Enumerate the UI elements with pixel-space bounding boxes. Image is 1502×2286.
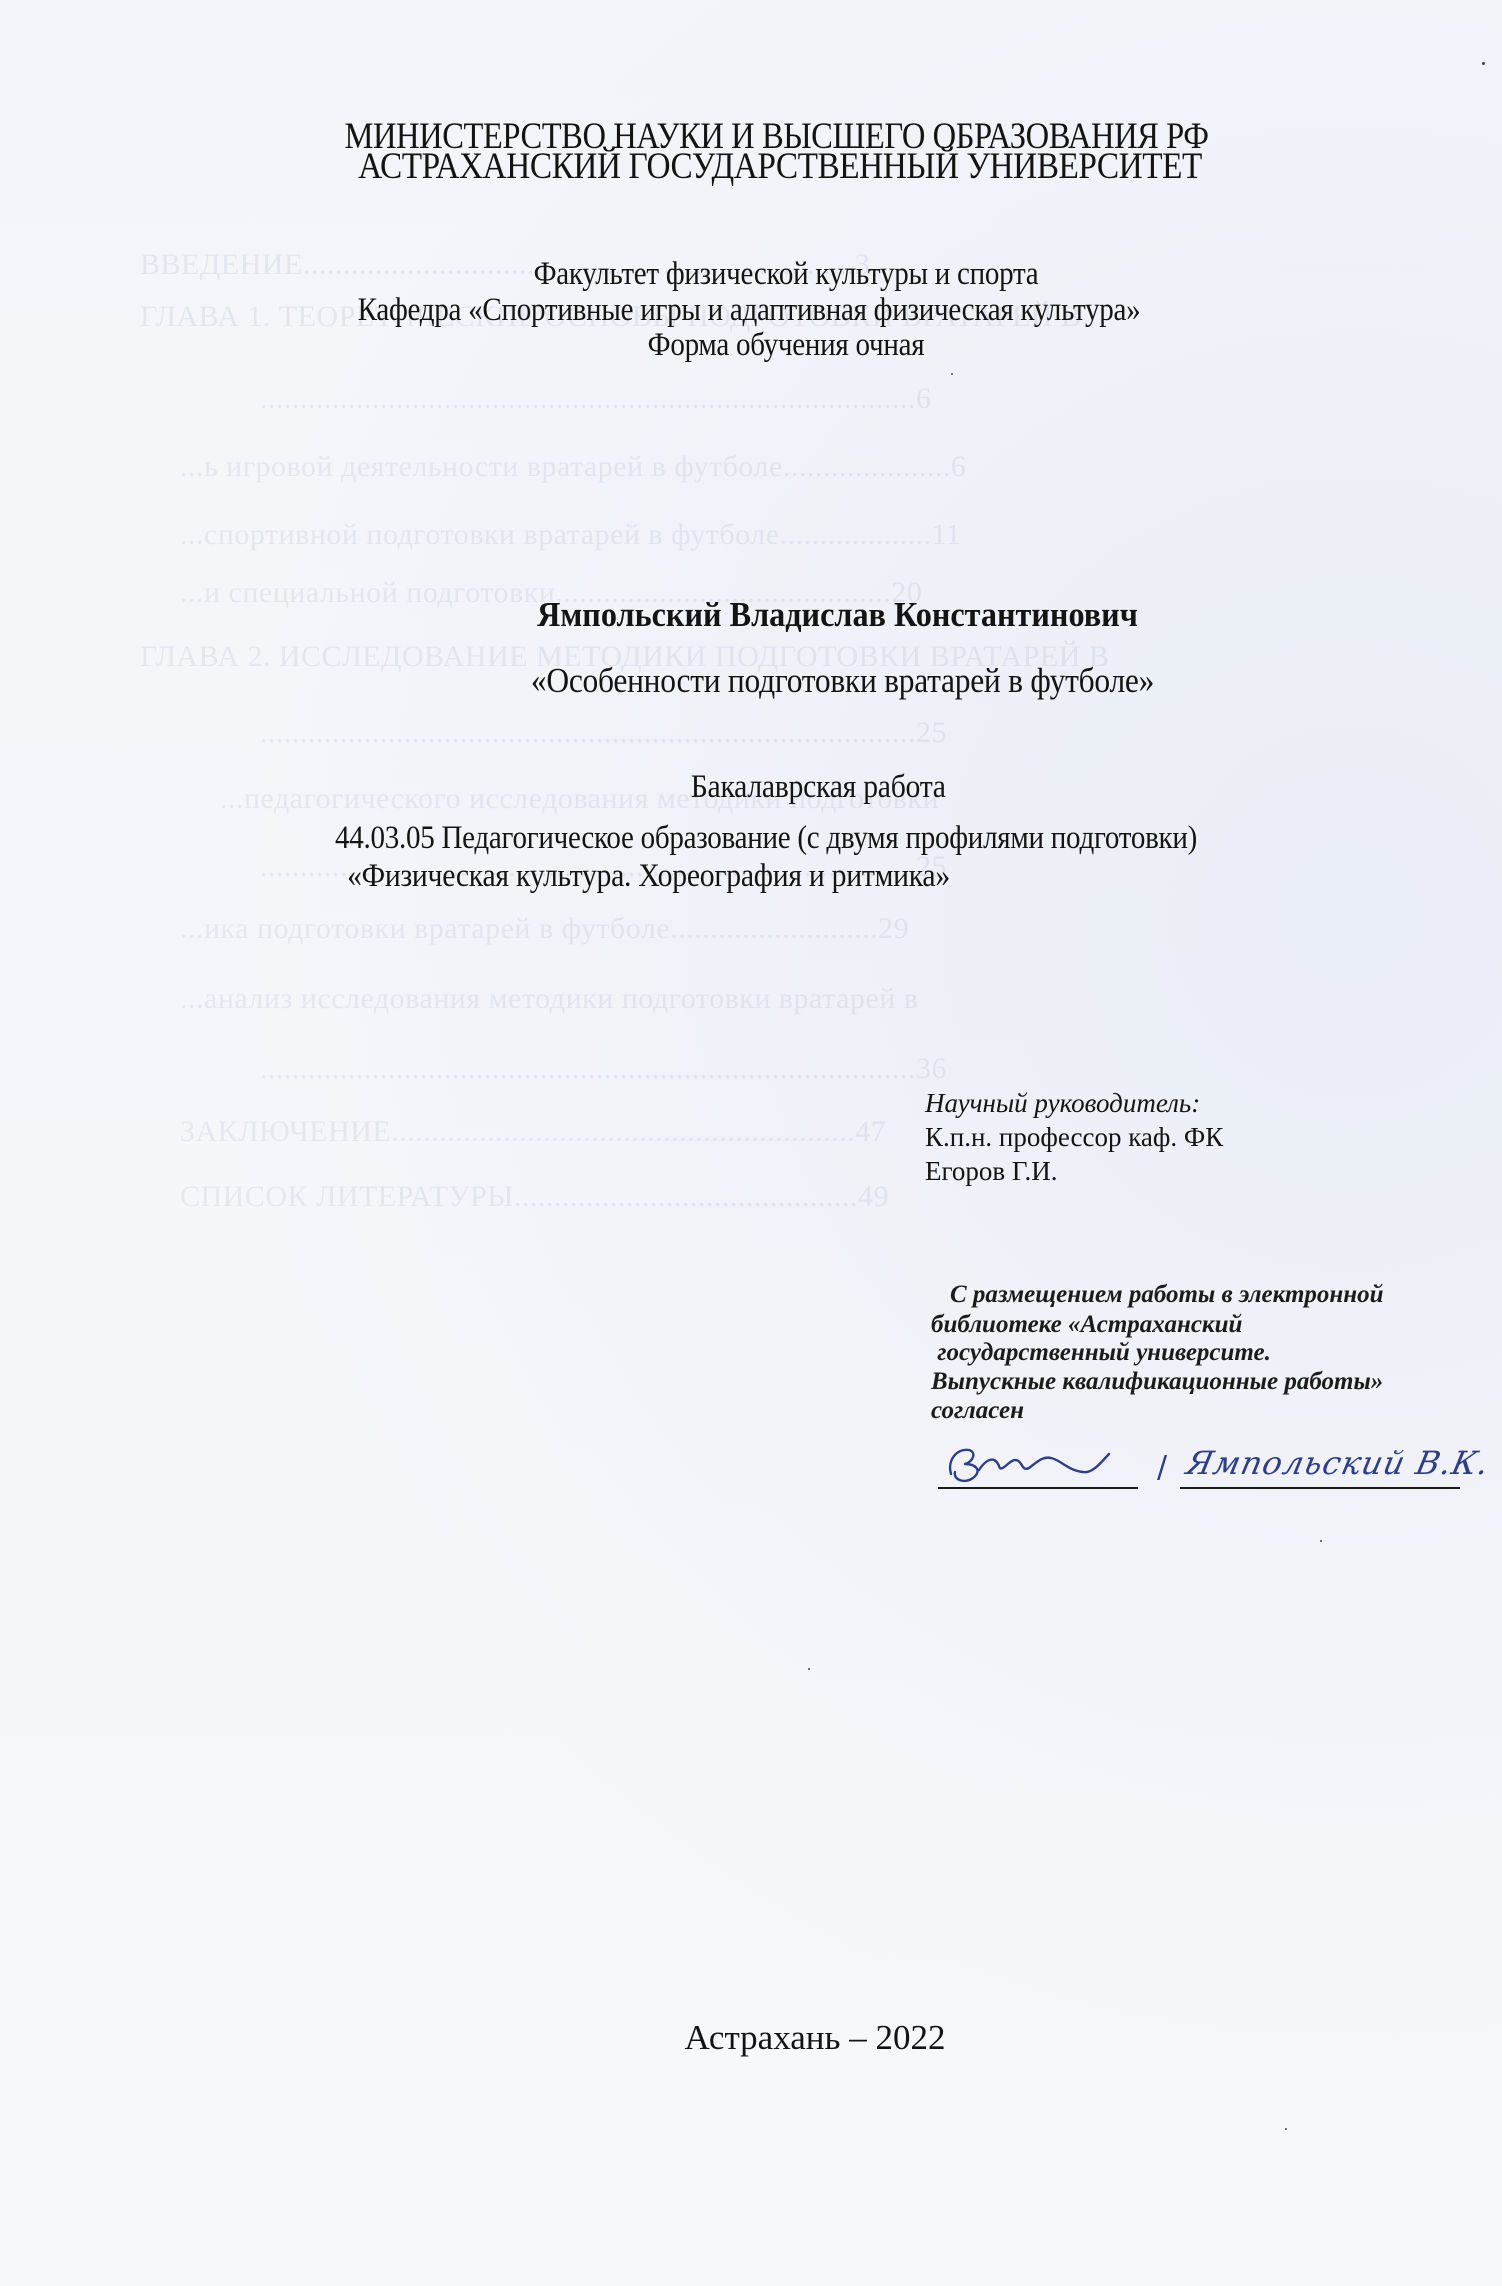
scan-speck <box>1482 62 1485 65</box>
scanned-page: ВВЕДЕНИЕ................................… <box>0 0 1502 2286</box>
department-line: Кафедра «Спортивные игры и адаптивная фи… <box>310 294 1188 327</box>
bleed-line: ........................................… <box>260 382 932 416</box>
city-year: Астрахань – 2022 <box>672 2020 958 2055</box>
consent-line-4: Выпускные квалификационные работы» <box>931 1369 1383 1394</box>
bleed-line: ...ика подготовки вратарей в футболе....… <box>180 912 909 946</box>
bleed-line: ........................................… <box>260 716 947 750</box>
supervisor-label: Научный руководитель: <box>925 1090 1200 1117</box>
handwritten-signature-icon <box>943 1430 1143 1490</box>
signature-separator: / <box>1157 1450 1167 1485</box>
thesis-title: «Особенности подготовки вратарей в футбо… <box>492 663 1193 698</box>
profile-line: «Физическая культура. Хореография и ритм… <box>288 860 1009 893</box>
supervisor-title: К.п.н. профессор каф. ФК <box>925 1124 1223 1151</box>
bleed-line: ...ь игровой деятельности вратарей в фут… <box>180 450 966 484</box>
signature-underline <box>938 1487 1138 1489</box>
consent-line-2: библиотеке «Астраханский <box>931 1312 1242 1337</box>
bleed-line: СПИСОК ЛИТЕРАТУРЫ.......................… <box>180 1180 889 1214</box>
handwritten-name: Ямпольский В.К. <box>1183 1444 1493 1482</box>
study-form-line: Форма обучения очная <box>314 329 1257 362</box>
signature-area: / Ямпольский В.К. <box>925 1430 1475 1500</box>
university-heading: АСТРАХАНСКИЙ ГОСУДАРСТВЕННЫЙ УНИВЕРСИТЕТ <box>326 148 1235 185</box>
work-type: Бакалаврская работа <box>691 771 939 804</box>
bleed-line: ...спортивной подготовки вратарей в футб… <box>180 518 961 552</box>
scan-speck <box>808 1668 810 1670</box>
program-code-line: 44.03.05 Педагогическое образование (с д… <box>255 822 1278 855</box>
consent-line-1: С размещением работы в электронной <box>950 1282 1384 1307</box>
bleed-line: ...анализ исследования методики подготов… <box>180 982 918 1016</box>
consent-line-5: согласен <box>931 1398 1024 1423</box>
scan-speck <box>951 373 953 375</box>
bleed-line: ЗАКЛЮЧЕНИЕ..............................… <box>180 1115 886 1149</box>
bleed-line: ........................................… <box>260 1052 947 1086</box>
faculty-line: Факультет физической культуры и спорта <box>314 258 1257 291</box>
author-name: Ямпольский Владислав Константинович <box>506 597 1169 632</box>
consent-line-3: государственный университе. <box>931 1340 1271 1365</box>
scan-speck <box>1320 1540 1322 1542</box>
supervisor-name: Егоров Г.И. <box>925 1158 1057 1185</box>
scan-speck <box>1285 2128 1287 2130</box>
name-underline <box>1180 1487 1460 1489</box>
